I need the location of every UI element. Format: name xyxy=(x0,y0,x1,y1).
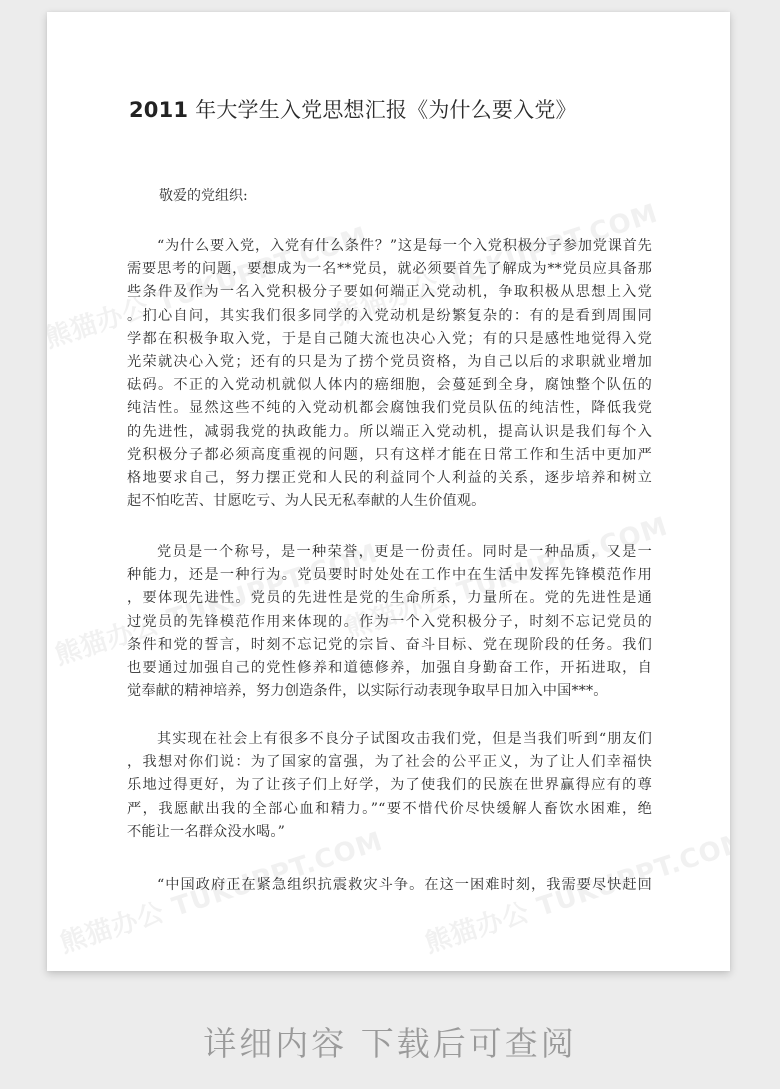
paragraph-2: 党员是一个称号，是一种荣誉，更是一份责任。同时是一种品质，又是一 种能力，还是一… xyxy=(127,541,652,703)
text-line: 纯洁性。显然这些不纯的入党动机都会腐蚀我们党员队伍的纯洁性，降低我党 xyxy=(127,397,652,420)
text-line: 光荣就决心入党；还有的只是为了捞个党员资格，为自己以后的求职就业增加 xyxy=(127,351,652,374)
text-line: 学都在积极争取入党，于是自己随大流也决心入党；有的只是感性地觉得入党 xyxy=(127,328,652,351)
text-line: 种能力，还是一种行为。党员要时时处处在工作中在生活中发挥先锋模范作用 xyxy=(127,564,652,587)
text-line: “为什么要入党，入党有什么条件？”这是每一个入党积极分子参加党课首先 xyxy=(127,235,652,258)
text-line: 不能让一名群众没水喝。” xyxy=(127,821,652,844)
paragraph-4: “中国政府正在紧急组织抗震救灾斗争。在这一困难时刻，我需要尽快赶回 xyxy=(127,874,652,897)
text-line: 砝码。不正的入党动机就似人体内的癌细胞，会蔓延到全身，腐蚀整个队伍的 xyxy=(127,374,652,397)
text-line: 乐地过得更好，为了让孩子们上好学，为了使我们的民族在世界赢得应有的尊 xyxy=(127,774,652,797)
text-line: 其实现在社会上有很多不良分子试图攻击我们党，但是当我们听到“朋友们 xyxy=(127,728,652,751)
paragraph-3: 其实现在社会上有很多不良分子试图攻击我们党，但是当我们听到“朋友们 ，我想对你们… xyxy=(127,728,652,844)
text-line: 党员是一个称号，是一种荣誉，更是一份责任。同时是一种品质，又是一 xyxy=(127,541,652,564)
download-to-view-note: 详细内容 下载后可查阅 xyxy=(0,1018,780,1065)
text-line: “中国政府正在紧急组织抗震救灾斗争。在这一困难时刻，我需要尽快赶回 xyxy=(127,874,652,897)
text-line: 。扪心自问，其实我们很多同学的入党动机是纷繁复杂的：有的是看到周围同 xyxy=(127,305,652,328)
text-line: ，要体现先进性。党员的先进性是党的生命所系，力量所在。党的先进性是通 xyxy=(127,587,652,610)
document-title: 2011 年大学生入党思想汇报《为什么要入党》 xyxy=(129,94,577,124)
title-text: 年大学生入党思想汇报《为什么要入党》 xyxy=(188,98,576,122)
text-line: 党积极分子都必须高度重视的问题，只有这样才能在日常工作和生活中更加严 xyxy=(127,444,652,467)
text-line: 需要思考的问题，要想成为一名**党员，就必须要首先了解成为**党员应具备那 xyxy=(127,258,652,281)
text-line: 严，我愿献出我的全部心血和精力。”“要不惜代价尽快缓解人畜饮水困难，绝 xyxy=(127,798,652,821)
title-year: 2011 xyxy=(129,98,188,122)
text-line: 些条件及作为一名入党积极分子要如何端正入党动机，争取积极从思想上入党 xyxy=(127,281,652,304)
text-line: 也要通过加强自己的党性修养和道德修养，加强自身勤奋工作，开拓进取，自 xyxy=(127,657,652,680)
text-line: 过党员的先锋模范作用来体现的。作为一个入党积极分子，时刻不忘记党员的 xyxy=(127,611,652,634)
text-line: 起不怕吃苦、甘愿吃亏、为人民无私奉献的人生价值观。 xyxy=(127,490,652,513)
text-line: 觉奉献的精神培养，努力创造条件，以实际行动表现争取早日加入中国***。 xyxy=(127,680,652,703)
salutation: 敬爱的党组织: xyxy=(159,185,248,205)
text-line: 条件和党的誓言，时刻不忘记党的宗旨、奋斗目标、党在现阶段的任务。我们 xyxy=(127,634,652,657)
text-line: 的先进性，减弱我党的执政能力。所以端正入党动机，提高认识是我们每个入 xyxy=(127,421,652,444)
paragraph-1: “为什么要入党，入党有什么条件？”这是每一个入党积极分子参加党课首先 需要思考的… xyxy=(127,235,652,513)
text-line: ，我想对你们说：为了国家的富强，为了社会的公平正义，为了让人们幸福快 xyxy=(127,751,652,774)
document-page: 熊猫办公 TUKUPPT.COM 熊猫办公 TUKUPPT.COM 熊猫办公 T… xyxy=(47,12,730,971)
text-line: 格地要求自己，努力摆正党和人民的利益同个人利益的关系，逐步培养和树立 xyxy=(127,467,652,490)
